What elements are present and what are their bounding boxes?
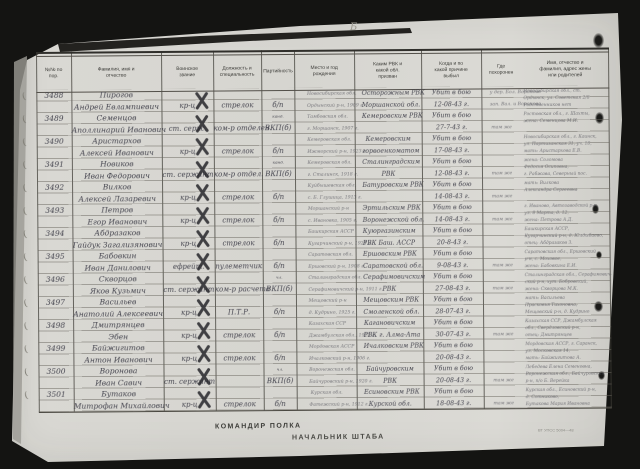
party-line2: ВКП(б) xyxy=(262,168,295,180)
relatives-line1: Ростовская обл., г. Шахты, xyxy=(523,112,570,117)
scanned-casualty-list: Б №№ по пор. Фамилия, имя и отчество Вои… xyxy=(0,0,640,469)
birthplace-line2: Ордынский р-н, 1909 г. xyxy=(307,102,342,109)
relatives-line2: р-н, с. Моховое, xyxy=(525,257,572,262)
position: пулеметчик xyxy=(215,261,263,273)
burial-line2: там же xyxy=(490,123,513,130)
surname: Семенцов xyxy=(71,112,161,124)
draft-office-line1: Ичалковским РВК xyxy=(364,341,416,350)
party-line2: б/п xyxy=(261,99,294,111)
party-line1 xyxy=(271,389,290,396)
draft-office-line2: Курской обл. xyxy=(364,399,416,408)
position: ком-р отдел. xyxy=(214,169,262,181)
party-line2: б/п xyxy=(262,237,295,249)
draft-office-line2: Саратовской обл. xyxy=(363,261,415,270)
party-line1: чл. xyxy=(270,366,289,373)
loss-cause: Убит в бою xyxy=(430,318,477,327)
relatives-line3: жена: Бабовкина Е.И. xyxy=(525,264,572,269)
table-row: 3501 Бутаков Митрофан Михайлович кр-ц ст… xyxy=(39,384,612,411)
burial-line1 xyxy=(491,227,514,234)
surname: Байжигитов xyxy=(73,342,163,354)
birthplace-line2: Джамбулская обл., 1923 г. xyxy=(309,332,344,339)
loss-cause: Убит в бою xyxy=(428,157,475,166)
header-loss-date: Когда и по какой причине выбыл xyxy=(432,60,469,79)
print-house-mark: ВТ УПСС 5004—48 xyxy=(538,428,574,433)
given-name: Иван Федорович xyxy=(72,170,162,182)
given-name: Анатолий Алексеевич xyxy=(73,308,163,320)
check-x-icon xyxy=(194,252,212,270)
relatives-line2: Александра Сергеевна xyxy=(524,188,571,193)
check-x-icon xyxy=(193,229,211,247)
row-number: 3494 xyxy=(37,228,72,240)
party-line2: б/п xyxy=(263,329,296,341)
relatives-line1: Казахская ССР, Джамбулская xyxy=(525,319,572,324)
burial-line2: там же xyxy=(492,330,515,337)
table-body: 3488 Пирогов Андрей Евлампиевич кр-ц стр… xyxy=(36,85,612,411)
relatives-line1: жена: Соломова xyxy=(524,158,571,163)
relatives-line3: отец: Абдразаков З. xyxy=(524,241,571,246)
draft-office-line2: Воронежской обл. xyxy=(363,215,415,224)
burial-line2: там же xyxy=(491,192,514,199)
birthplace-line1: Казахская ССР xyxy=(309,320,344,327)
check-x-icon xyxy=(193,160,211,178)
draft-office-line1: Сталинградским xyxy=(362,157,414,166)
position: ком-р расчета xyxy=(215,284,263,296)
birthplace-line1: Воронежская обл. xyxy=(309,366,344,373)
party-line2: б/п xyxy=(262,145,295,157)
party-line1 xyxy=(269,182,288,189)
position: П.Т.Р. xyxy=(215,307,263,319)
position: стрелок xyxy=(215,330,263,342)
birthplace-line2: Ичалковский р-н, 1906 г. xyxy=(309,355,344,362)
relatives-line2: Ордынск, ул. Советская 2/8 xyxy=(523,96,570,101)
relatives-line3: мать: Аристархова Е.В. xyxy=(524,149,571,154)
surname: Пирогов xyxy=(71,89,161,101)
party-line1: канд. xyxy=(268,113,287,120)
given-name: Алексей Лазаревич xyxy=(72,193,162,205)
burial-line2 xyxy=(490,146,513,153)
birthplace-line2: г. Моршанск, 1907 г. xyxy=(307,125,342,132)
row-number: 3489 xyxy=(36,113,71,125)
position: стрелок xyxy=(214,238,262,250)
relatives-line2: обл., Свердловский р-н, xyxy=(525,326,572,331)
burial-line1 xyxy=(490,135,513,142)
burial-line2: там же xyxy=(490,169,513,176)
row-number: 3501 xyxy=(39,389,74,401)
birthplace-line2: Кугарчинский р-н, 1924 г. xyxy=(308,240,343,247)
party-line1 xyxy=(270,320,289,327)
row-number: 3498 xyxy=(38,320,73,332)
loss-cause: Убит в бою xyxy=(430,295,477,304)
birthplace-line1: Курская обл. xyxy=(309,389,344,396)
row-number: 3491 xyxy=(37,159,72,171)
burial-line2: там же xyxy=(491,215,514,222)
relatives-line3: р-н, п/о Б. Верейка xyxy=(526,379,573,384)
surname: Петров xyxy=(72,204,162,216)
burial-line1 xyxy=(492,365,515,372)
birthplace-line2: Байчуровский р-н, 1920 г. xyxy=(309,378,344,385)
party-line2: б/п xyxy=(262,214,295,226)
draft-office-line2: РВК г. Алма-Ата xyxy=(364,330,416,339)
loss-cause: Убит в бою xyxy=(428,134,475,143)
row-number: 3496 xyxy=(38,274,73,286)
burial-line1 xyxy=(492,388,515,395)
loss-date: 30-07-43 г. xyxy=(430,329,477,338)
loss-date: 20-08-43 г. xyxy=(430,352,477,361)
row-number: 3488 xyxy=(36,90,71,102)
relatives-line3: Мещовский р-н, д. Кудрино xyxy=(525,310,572,315)
loss-date: 14-08-43 г. xyxy=(429,191,476,200)
birthplace-line2: д. Кудрино, 1925 г. xyxy=(309,309,344,316)
relatives-line3: отец: Дмитрянцев xyxy=(525,333,572,338)
burial-line2 xyxy=(492,353,515,360)
check-x-icon xyxy=(192,91,210,109)
casualty-table: №№ по пор. Фамилия, имя и отчество Воинс… xyxy=(36,47,612,411)
draft-office-line2: Моршанской обл. xyxy=(362,100,414,109)
burial-line1 xyxy=(490,181,513,188)
check-x-icon xyxy=(194,344,212,362)
draft-office-line1: Ершовским РВК xyxy=(363,249,415,258)
burial-line2: там же xyxy=(491,261,514,268)
relatives-line3: мать: Байжигитова А. xyxy=(525,356,572,361)
draft-office-line1: Байчуровским xyxy=(364,364,416,373)
relatives-line2: Прасковья Тихоновна, xyxy=(525,303,572,308)
loss-cause: Убит в бою xyxy=(430,387,477,396)
burial-line1 xyxy=(492,342,515,349)
birthplace-line2: Ижморский р-н, 1923 г. xyxy=(307,148,342,155)
given-name: Гайдук Загализянович xyxy=(72,239,162,251)
party-line2: б/п xyxy=(263,260,296,272)
draft-office-line2 xyxy=(364,353,416,362)
position: ком-р отделен. xyxy=(214,123,262,135)
loss-date: 18-08-43 г. xyxy=(430,398,477,407)
paper-stain xyxy=(593,33,604,48)
birthplace-line2: Фатежский р-н, 1912 г. xyxy=(309,401,344,408)
burial-line1 xyxy=(490,112,513,119)
draft-office-line1: Батуровским РВК xyxy=(362,180,414,189)
burial-line1 xyxy=(491,273,514,280)
relatives-line2: жена: Семенцова М.И. xyxy=(524,119,571,124)
draft-office-line2: РВК xyxy=(363,284,415,293)
party-line2: б/п xyxy=(263,306,296,318)
given-name: Эбен xyxy=(73,331,163,343)
loss-date: 20-08-43 г. xyxy=(430,375,477,384)
birthplace-line2: Серафимовичский р-н, 1911 г. xyxy=(308,286,343,293)
check-x-icon xyxy=(194,321,212,339)
given-name: Андрей Евлампиевич xyxy=(71,101,161,113)
burial-line2: там же xyxy=(492,376,515,383)
check-x-icon xyxy=(193,206,211,224)
row-number: 3493 xyxy=(37,205,72,217)
party-line2: ВКП(б) xyxy=(263,283,296,295)
relatives-line1: мать: Васильева xyxy=(525,296,572,301)
position xyxy=(216,376,264,388)
party-line2: б/п xyxy=(263,352,296,364)
relatives-line3 xyxy=(524,126,571,131)
party-line1 xyxy=(270,297,289,304)
draft-office-line2: РВК xyxy=(362,169,414,178)
party-line1: чл. xyxy=(270,274,289,281)
given-name: Антон Иванович xyxy=(73,354,163,366)
birthplace-line2: с. Б. Глушица, 1913 г. xyxy=(308,194,343,201)
party-line1 xyxy=(270,251,289,258)
position: стрелок xyxy=(214,192,262,204)
check-x-icon xyxy=(193,137,211,155)
draft-office-line1: Куюргазинским xyxy=(363,226,415,235)
party-line1 xyxy=(269,136,288,143)
burial-line2 xyxy=(491,307,514,314)
header-draft-office: Каким РВК и какой обл. призван xyxy=(367,61,409,80)
draft-office-line2: горвоенкоматом xyxy=(362,146,414,155)
relatives-line2: Кугарчинский р-н, д. Юлдыбаево, xyxy=(524,234,571,239)
surname: Бабовкин xyxy=(73,250,163,262)
birthplace-line1: Моршанский р-н xyxy=(308,205,343,212)
given-name: Иван Данилович xyxy=(73,262,163,274)
birthplace-line2: Ершовский р-н, 1908 г. xyxy=(308,263,343,270)
birthplace-line1: Башкирская АССР xyxy=(308,228,343,235)
loss-date: 28-07-43 г. xyxy=(430,306,477,315)
check-x-icon xyxy=(192,114,210,132)
birthplace-line2: г. Сталинск, 1918 г. xyxy=(308,171,343,178)
relatives-line1: г. Иваново, Автозаводской р-н, xyxy=(524,204,571,209)
relatives-line3: Родственников нет xyxy=(523,103,570,108)
birthplace-line1: Новосибирская обл. xyxy=(307,90,342,97)
relatives-line1: Курская обл., Есиновский р-н, xyxy=(526,388,573,393)
loss-cause: Убит в бою xyxy=(429,249,476,258)
loss-date: 20-8-43 г. xyxy=(429,237,476,246)
burial-line1 xyxy=(491,296,514,303)
relatives-line1: мать: Вилкова xyxy=(524,181,571,186)
check-x-icon xyxy=(194,298,212,316)
position: стрелок xyxy=(216,399,264,411)
birthplace-line1: Сталинградская обл. xyxy=(308,274,343,281)
row-number: 3490 xyxy=(37,136,72,148)
draft-office-line1: Есиновским РВК xyxy=(364,387,416,396)
burial-line2 xyxy=(491,238,514,245)
header-party: Партийность xyxy=(263,68,293,74)
header-number: №№ по пор. xyxy=(43,67,65,80)
chief-of-staff-signature-label: НАЧАЛЬНИК ШТАБА xyxy=(292,434,385,442)
row-number: 3492 xyxy=(37,182,72,194)
burial-line1 xyxy=(490,158,513,165)
loss-cause: Убит в бою xyxy=(430,341,477,350)
burial-line1 xyxy=(491,250,514,257)
draft-office-line1: Кемеровским xyxy=(362,134,414,143)
party-line1 xyxy=(269,205,288,212)
party-line1 xyxy=(268,90,287,97)
birthplace-line1: Кемеровская обл. xyxy=(307,159,342,166)
surname: Новиков xyxy=(72,158,162,170)
draft-office-line2: РВК xyxy=(364,376,416,385)
draft-office-line1: Эртильским РВК xyxy=(363,203,415,212)
burial-line2: зап. Вал. и Вороново xyxy=(490,100,513,107)
relatives-line1: Саратовская обл., Ершовский xyxy=(525,250,572,255)
draft-office-line2 xyxy=(362,123,414,132)
party-line2: б/п xyxy=(264,398,297,410)
surname: Васильев xyxy=(73,296,163,308)
burial-line2: там же xyxy=(492,399,515,406)
party-line1 xyxy=(270,343,289,350)
commander-signature-label: КОМАНДИР ПОЛКА xyxy=(215,423,302,431)
loss-cause: Убит в бою xyxy=(429,180,476,189)
loss-date: 27-08-43 г. xyxy=(429,283,476,292)
birthplace-line2: с. Ивановка, 1905 г. xyxy=(308,217,343,224)
check-x-icon xyxy=(193,183,211,201)
header-birthplace: Место и год рождения xyxy=(306,64,343,77)
draft-office-line1: Мещовским РВК xyxy=(363,295,415,304)
relatives-line1: Башкирская АССР, xyxy=(524,227,571,232)
relatives-line2: Федосья Осиповна, xyxy=(524,165,571,170)
header-position: Должность и специальность xyxy=(220,65,255,78)
relatives-line2: ул. Партизанская 31, уч. 18, xyxy=(524,142,571,147)
loss-date: 17-08-43 г. xyxy=(428,145,475,154)
surname: Абдразаков xyxy=(72,227,162,239)
row-number: 3499 xyxy=(38,343,73,355)
relatives-line1: Новосибирская обл., ст. xyxy=(523,89,570,94)
relatives-line3 xyxy=(524,195,571,200)
surname: Дмитрянцев xyxy=(73,319,163,331)
surname: Скворцов xyxy=(73,273,163,285)
given-name: Алексей Иванович xyxy=(72,147,162,159)
position: стрелок xyxy=(214,215,262,227)
loss-date: 14-08-43 г. xyxy=(429,214,476,223)
party-line2: б/п xyxy=(262,191,295,203)
position: стрелок xyxy=(214,146,262,158)
draft-office-line2: Смоленской обл. xyxy=(363,307,415,316)
birthplace-line1: Куйбышевская обл. xyxy=(308,182,343,189)
check-x-icon xyxy=(195,390,213,408)
birthplace-line1: Тамбовская обл. xyxy=(307,113,342,120)
loss-date: 12-08-43 г. xyxy=(429,168,476,177)
birthplace-line1: Кемеровская обл. xyxy=(307,136,342,143)
header-name: Фамилия, имя и отчество xyxy=(88,66,144,79)
burial-line1 xyxy=(491,204,514,211)
draft-office-line2 xyxy=(362,192,414,201)
draft-office-line2: РВК Баш. АССР xyxy=(363,238,415,247)
surname: Воронова xyxy=(73,365,163,377)
party-line2: ВКП(б) xyxy=(262,122,295,134)
relatives-line2: ул. 8 Марта, д. 12, xyxy=(524,211,571,216)
row-number: 3495 xyxy=(38,251,73,263)
row-number: 3500 xyxy=(38,366,73,378)
loss-cause: Убит в бою xyxy=(428,111,475,120)
birthplace-line1: Мордовская АССР xyxy=(309,343,344,350)
header-relatives: Имя, отчество и фамилия, адрес жены или … xyxy=(538,59,593,78)
row-number: 3497 xyxy=(38,297,73,309)
given-name: Митрофан Михайлович xyxy=(74,400,164,412)
relatives-line2: д. Сотниково, xyxy=(526,395,573,400)
loss-date: 27-7-43 г. xyxy=(428,122,475,131)
given-name: Иван Савич xyxy=(74,377,164,389)
burial-line1: у дер. Бол. Вороново xyxy=(490,89,513,96)
loss-cause: Убит в бою xyxy=(428,88,475,97)
given-name: Аполлинарий Иванович xyxy=(72,124,162,136)
check-x-icon xyxy=(194,275,212,293)
position: стрелок xyxy=(213,100,261,112)
surname: Бутаков xyxy=(74,388,164,400)
draft-office-line1: Кемеровским РВК xyxy=(362,111,414,120)
loss-cause: Убит в бою xyxy=(430,364,477,373)
relatives-line3: Бутакова Мария Ивановна xyxy=(526,402,573,407)
loss-cause: Убит в бою xyxy=(429,203,476,212)
burial-line2: там же xyxy=(491,284,514,291)
loss-cause: Убит в бою xyxy=(429,272,476,281)
surname: Аристархов xyxy=(72,135,162,147)
position: стрелок xyxy=(215,353,263,365)
party-line1: канд. xyxy=(269,159,288,166)
relatives-line3: г. Рабжава, Северный пос. xyxy=(524,172,571,177)
party-line2: ВКП(б) xyxy=(264,375,297,387)
relatives-line2: ул. Московская 14, xyxy=(525,349,572,354)
loss-date: 9-08-43 г. xyxy=(429,260,476,269)
relatives-line1: Сталинградская обл., Серафимович- xyxy=(525,273,572,278)
relatives-line3: жена: Петрова А.Д. xyxy=(524,218,571,223)
relatives-line2: ский р-н, хут. Бобровский, xyxy=(525,280,572,285)
header-burial: Где похоронен xyxy=(489,63,514,76)
relatives-line2: Воронежская обл., Байчуровский xyxy=(526,372,573,377)
burial-line1 xyxy=(492,319,515,326)
draft-office-line1: Серафимовичским xyxy=(363,272,415,281)
given-name: Яков Кузьмич xyxy=(73,285,163,297)
given-name: Егор Иванович xyxy=(72,216,162,228)
relatives-line1: Мордовская АССР, г. Саранск, xyxy=(525,342,572,347)
relatives-line1: Новосибирская обл., г. Каинск, xyxy=(524,135,571,140)
relatives-line1: Лебедева Елена Семеновна, xyxy=(525,365,572,370)
loss-date: 12-08-43 г. xyxy=(428,99,475,108)
party-line1 xyxy=(269,228,288,235)
birthplace-line1: Саратовская обл. xyxy=(308,251,343,258)
page-number: Б xyxy=(350,22,357,33)
relatives-line3: жена: Скворцова М.К. xyxy=(525,287,572,292)
surname: Вилков xyxy=(72,181,162,193)
birthplace-line1: Мещовский р-н xyxy=(309,297,344,304)
header-rank: Воинское звание xyxy=(171,65,203,78)
check-x-icon xyxy=(194,367,212,385)
loss-cause: Убит в бою xyxy=(429,226,476,235)
draft-office-line1: Кагановичским xyxy=(363,318,415,327)
draft-office-line1: Осторожным РВК xyxy=(362,88,414,97)
